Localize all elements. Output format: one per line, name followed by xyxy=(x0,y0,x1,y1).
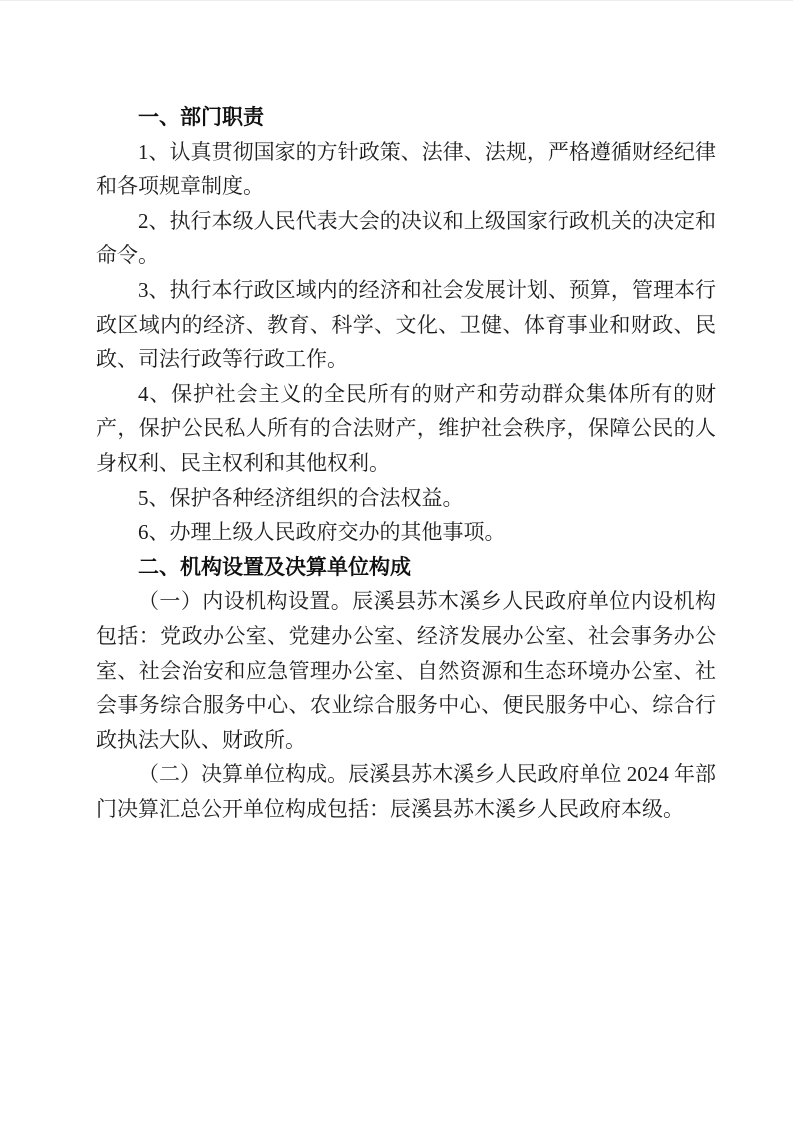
paragraph-duty-6: 6、办理上级人民政府交办的其他事项。 xyxy=(96,515,716,550)
paragraph-duty-2: 2、执行本级人民代表大会的决议和上级国家行政机关的决定和命令。 xyxy=(96,204,716,273)
paragraph-duty-4: 4、保护社会主义的全民所有的财产和劳动群众集体所有的财产，保护公民私人所有的合法… xyxy=(96,377,716,481)
paragraph-accounting-units: （二）决算单位构成。辰溪县苏木溪乡人民政府单位 2024 年部门决算汇总公开单位… xyxy=(96,757,716,826)
section-heading-duties: 一、部门职责 xyxy=(96,100,716,135)
paragraph-duty-3: 3、执行本行政区域内的经济和社会发展计划、预算，管理本行 政区域内的经济、教育、… xyxy=(96,273,716,377)
paragraph-duty-1: 1、认真贯彻国家的方针政策、法律、法规，严格遵循财经纪律和各项规章制度。 xyxy=(96,135,716,204)
document-page: 一、部门职责 1、认真贯彻国家的方针政策、法律、法规，严格遵循财经纪律和各项规章… xyxy=(96,100,716,826)
paragraph-duty-5: 5、保护各种经济组织的合法权益。 xyxy=(96,481,716,516)
paragraph-internal-structure: （一）内设机构设置。辰溪县苏木溪乡人民政府单位内设机构包括：党政办公室、党建办公… xyxy=(96,584,716,757)
page-top-edge xyxy=(0,0,793,1)
section-heading-organization: 二、机构设置及决算单位构成 xyxy=(96,550,716,585)
